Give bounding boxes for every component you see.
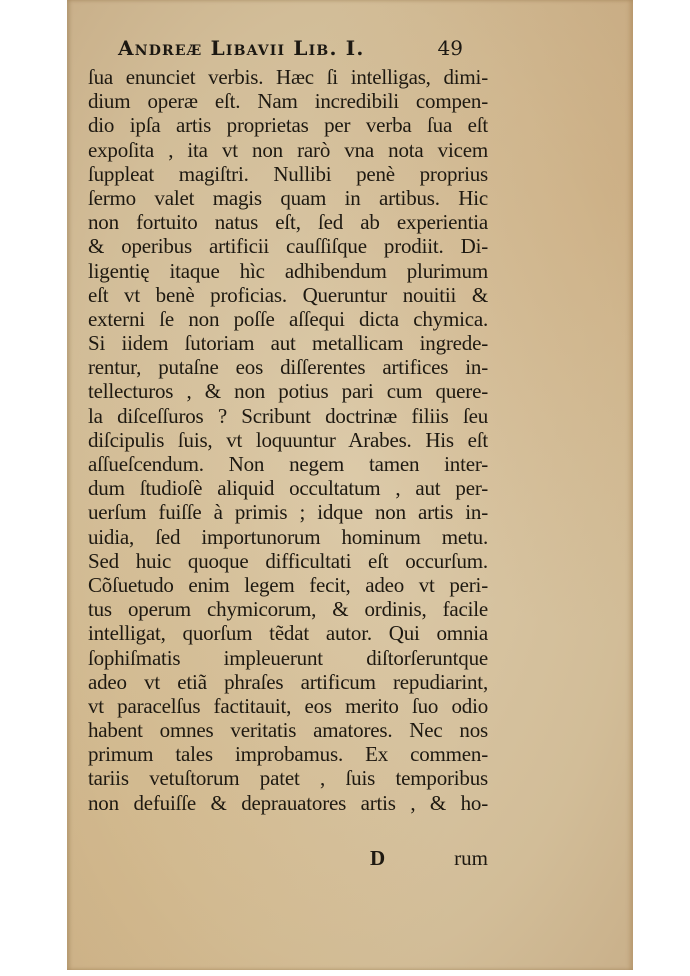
text-line: Sed huic quoque difficultati eſt occurſu…: [88, 549, 488, 573]
text-line: expoſita , ita vt non rarò vna nota vice…: [88, 138, 488, 162]
text-line: ſophiſmatis impleuerunt diſtorſeruntque: [88, 646, 488, 670]
text-line: Si iidem ſutoriam aut metallicam ingrede…: [88, 331, 488, 355]
catchword: rum: [454, 846, 488, 871]
text-line: dium operæ eſt. Nam incredibili compen-: [88, 89, 488, 113]
text-line: ſuppleat magiſtri. Nullibi penè proprius: [88, 162, 488, 186]
text-line: intelligat, quorſum tẽdat autor. Qui omn…: [88, 621, 488, 645]
text-line: diſcipulis ſuis, vt loquuntur Arabes. Hi…: [88, 428, 488, 452]
text-line: non fortuito natus eſt, ſed ab experient…: [88, 210, 488, 234]
text-line: uidia, ſed importunorum hominum metu.: [88, 525, 488, 549]
text-line: & operibus artificii cauſſiſque prodiit.…: [88, 234, 488, 258]
text-line: tellecturos , & non potius pari cum quer…: [88, 379, 488, 403]
text-line: ligentię itaque hìc adhibendum plurimum: [88, 259, 488, 283]
running-header: Andreæ Libavii Lib. I. 49: [118, 36, 463, 64]
text-line: la diſceſſuros ? Scribunt doctrinæ filii…: [88, 404, 488, 428]
text-line: eſt vt benè proficias. Queruntur nouitii…: [88, 283, 488, 307]
body-text: ſua enunciet verbis. Hæc ſi intelligas, …: [88, 65, 488, 815]
page-footer: D rum: [88, 846, 488, 872]
text-line: uerſum fuiſſe à primis ; idque non artis…: [88, 500, 488, 524]
text-line: ſua enunciet verbis. Hæc ſi intelligas, …: [88, 65, 488, 89]
text-line: vt paracelſus factitauit, eos merito ſuo…: [88, 694, 488, 718]
text-line: externi ſe non poſſe aſſequi dicta chymi…: [88, 307, 488, 331]
running-title: Andreæ Libavii Lib. I.: [118, 36, 365, 60]
text-line: dum ſtudioſè aliquid occultatum , aut pe…: [88, 476, 488, 500]
text-line: Cõſuetudo enim legem fecit, adeo vt peri…: [88, 573, 488, 597]
text-line: ſermo valet magis quam in artibus. Hic: [88, 186, 488, 210]
text-line: tariis vetuſtorum patet , ſuis temporibu…: [88, 766, 488, 790]
page-number: 49: [438, 36, 463, 60]
signature-mark: D: [370, 846, 385, 871]
text-line: dio ipſa artis proprietas per verba ſua …: [88, 113, 488, 137]
text-line: rentur, putaſne eos diſſerentes artifice…: [88, 355, 488, 379]
text-line: non defuiſſe & deprauatores artis , & ho…: [88, 791, 488, 815]
text-line: tus operum chymicorum, & ordinis, facile: [88, 597, 488, 621]
text-line: primum tales improbamus. Ex commen-: [88, 742, 488, 766]
text-line: habent omnes veritatis amatores. Nec nos: [88, 718, 488, 742]
text-line: aſſueſcendum. Non negem tamen inter-: [88, 452, 488, 476]
text-line: adeo vt etiã phraſes artificum repudiari…: [88, 670, 488, 694]
